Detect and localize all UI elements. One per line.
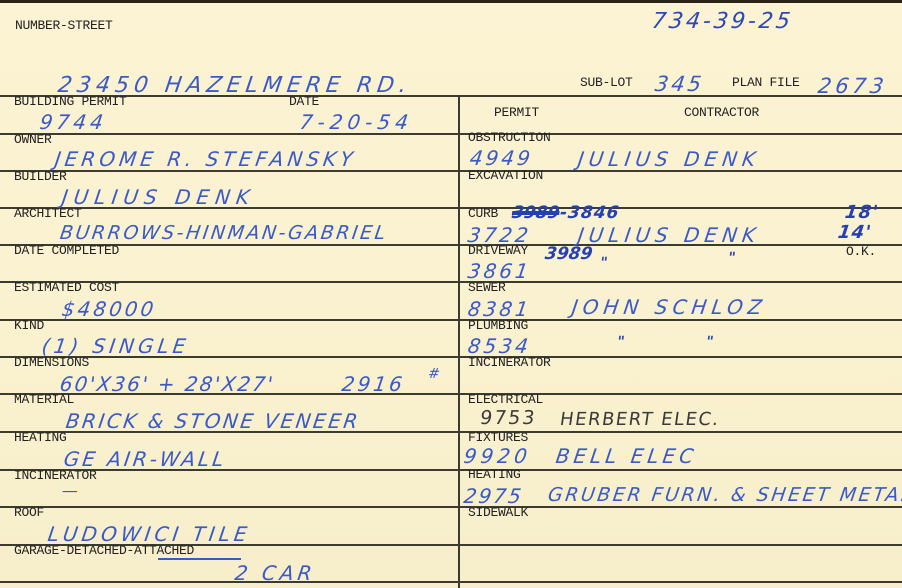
- dimensions-label: DIMENSIONS: [14, 356, 89, 369]
- incinerator-permit-label: INCINERATOR: [468, 356, 551, 369]
- driveway-status: O.K.: [846, 245, 876, 258]
- obstruction-permit: 4949: [469, 148, 535, 168]
- rule-line: [0, 244, 902, 246]
- heating-contractor: GRUBER FURN. & SHEET METAL: [547, 486, 902, 505]
- plumbing-ditto-2: ": [705, 335, 718, 349]
- fixtures-contractor: BELL ELEC: [555, 446, 699, 466]
- sidewalk-label: SIDEWALK: [468, 506, 528, 519]
- date-label: DATE: [289, 95, 319, 108]
- owner-value: JEROME R. STEFANSKY: [54, 149, 358, 169]
- rule-line: [0, 506, 902, 508]
- heating-value: GE AIR-WALL: [63, 449, 228, 469]
- plan-file-label: PLAN FILE: [732, 76, 800, 89]
- heating-permit: 2975: [463, 486, 525, 506]
- heating-label: HEATING: [14, 431, 67, 444]
- plumbing-permit: 8534: [467, 336, 533, 356]
- rule-line: [0, 133, 902, 135]
- curb-permit-extra: -3846: [559, 205, 621, 222]
- incinerator-label: INCINERATOR: [14, 469, 97, 482]
- sub-lot-label: SUB-LOT: [580, 76, 633, 89]
- sewer-permit: 8381: [467, 299, 533, 319]
- building-permit-value: 9744: [39, 112, 109, 132]
- number-street-label: NUMBER-STREET: [15, 19, 113, 32]
- garage-label-attached: ATTACHED: [134, 543, 194, 558]
- electrical-permit: 9753: [479, 409, 538, 428]
- obstruction-contractor: JULIUS DENK: [577, 149, 762, 169]
- driveway-ditto-1: ": [599, 256, 612, 270]
- kind-value: (1) SINGLE: [41, 336, 191, 356]
- roof-label: ROOF: [14, 506, 44, 519]
- dimensions-area-unit: #: [427, 367, 441, 381]
- fixtures-label: FIXTURES: [468, 431, 528, 444]
- driveway-permit: 3861: [467, 261, 533, 281]
- permit-column-header: PERMIT: [494, 106, 539, 119]
- curb-label: CURB: [468, 207, 498, 220]
- obstruction-label: OBSTRUCTION: [468, 131, 551, 144]
- architect-label: ARCHITECT: [14, 207, 82, 220]
- building-permit-label: BUILDING PERMIT: [14, 95, 127, 108]
- attached-underline: [158, 558, 241, 560]
- electrical-contractor: HERBERT ELEC.: [559, 411, 721, 429]
- dimensions-area: 2916: [341, 374, 407, 394]
- rule-line: [0, 95, 902, 97]
- curb-permit: 3722: [467, 225, 533, 245]
- kind-label: KIND: [14, 319, 44, 332]
- rule-line: [0, 281, 902, 283]
- material-value: BRICK & STONE VENEER: [65, 411, 362, 431]
- plumbing-label: PLUMBING: [468, 319, 528, 332]
- fixtures-permit: 9920: [463, 446, 533, 466]
- driveway-permit-extra: 3989: [544, 246, 594, 263]
- architect-value: BURROWS-HINMAN-GABRIEL: [59, 224, 389, 243]
- column-divider: [458, 95, 460, 588]
- contractor-column-header: CONTRACTOR: [684, 106, 759, 119]
- roof-value: LUDOWICI TILE: [47, 524, 253, 544]
- garage-value: 2 CAR: [234, 563, 317, 583]
- estimated-cost-label: ESTIMATED COST: [14, 281, 119, 294]
- permit-card: NUMBER-STREET 734-39-25 23450 HAZELMERE …: [0, 0, 902, 588]
- builder-label: BUILDER: [14, 170, 67, 183]
- sewer-label: SEWER: [468, 281, 506, 294]
- plumbing-ditto-1: ": [616, 335, 629, 349]
- owner-label: OWNER: [14, 133, 52, 146]
- dimensions-value: 60'X36' + 28'X27': [59, 374, 276, 394]
- date-completed-label: DATE COMPLETED: [14, 244, 119, 257]
- curb-struck-permit: 3989: [511, 205, 561, 222]
- heating-permit-label: HEATING: [468, 468, 521, 481]
- rule-line: [0, 581, 902, 583]
- curb-measure-1: 18': [844, 204, 880, 222]
- parcel-code: 734-39-25: [650, 11, 794, 33]
- curb-contractor: JULIUS DENK: [577, 225, 762, 245]
- sewer-contractor: JOHN SCHLOZ: [571, 297, 768, 317]
- plan-file-value: 2673: [817, 76, 889, 97]
- sub-lot-value: 345: [654, 74, 706, 95]
- excavation-label: EXCAVATION: [468, 169, 543, 182]
- driveway-ditto-2: ": [727, 251, 740, 265]
- curb-measure-2: 14': [837, 224, 873, 242]
- estimated-cost-value: $48000: [61, 299, 158, 319]
- date-value: 7-20-54: [299, 112, 415, 132]
- material-label: MATERIAL: [14, 393, 74, 406]
- electrical-label: ELECTRICAL: [468, 393, 543, 406]
- garage-label-prefix: GARAGE-DETACHED-: [14, 543, 134, 558]
- builder-value: JULIUS DENK: [61, 187, 257, 207]
- garage-label: GARAGE-DETACHED-ATTACHED: [14, 544, 194, 557]
- driveway-label: DRIVEWAY: [468, 244, 528, 257]
- incinerator-value: —: [61, 483, 83, 499]
